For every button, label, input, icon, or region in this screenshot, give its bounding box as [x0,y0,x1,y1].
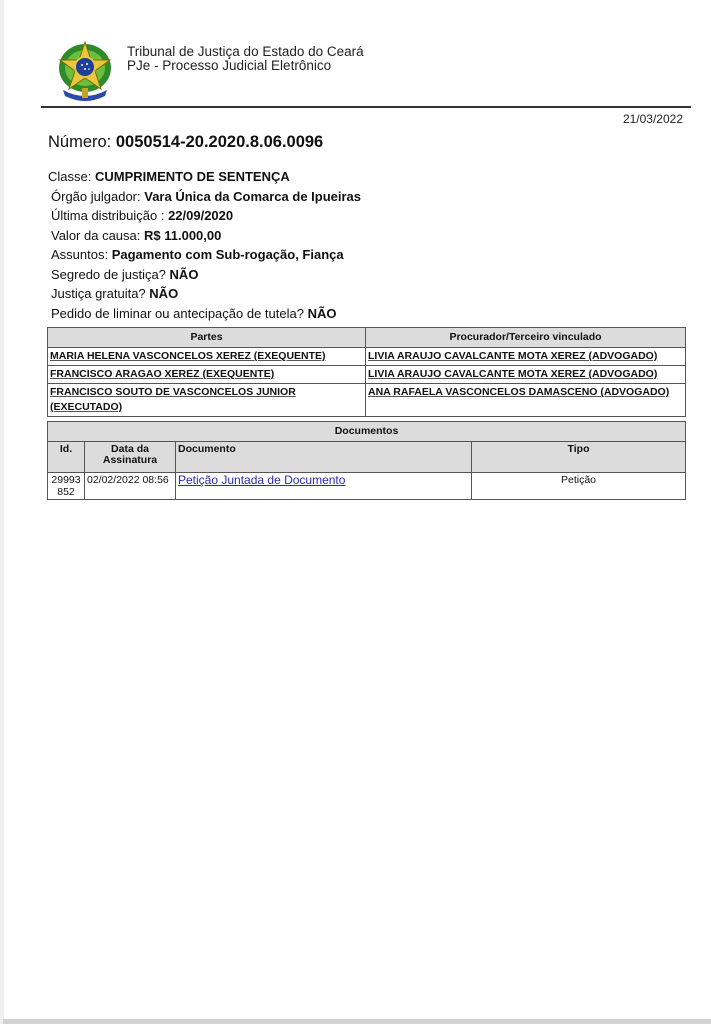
field-justica-gratuita: Justiça gratuita? NÃO [48,284,361,304]
header-partes: Partes [48,328,366,348]
print-date: 21/03/2022 [623,112,683,126]
page-bottom-edge [3,1019,711,1024]
field-segredo-justica: Segredo de justiça? NÃO [48,265,361,285]
header-documento: Documento [176,442,472,473]
parties-header-row: Partes Procurador/Terceiro vinculado [48,328,686,348]
document-cell: Petição Juntada de Documento [176,473,472,500]
table-row: MARIA HELENA VASCONCELOS XEREZ (EXEQUENT… [48,348,686,366]
documents-title: Documentos [48,422,686,442]
document-type: Petição [472,473,686,500]
attorney-name: ANA RAFAELA VASCONCELOS DAMASCENO (ADVOG… [366,384,686,417]
document-link[interactable]: Petição Juntada de Documento [178,473,345,487]
field-classe: Classe: CUMPRIMENTO DE SENTENÇA [48,167,361,187]
parties-table: Partes Procurador/Terceiro vinculado MAR… [47,327,686,417]
documents-title-row: Documentos [48,422,686,442]
process-number-value: 0050514-20.2020.8.06.0096 [116,133,323,151]
page-left-edge [0,0,4,1024]
field-pedido-liminar: Pedido de liminar ou antecipação de tute… [48,304,361,324]
attorney-name: LIVIA ARAUJO CAVALCANTE MOTA XEREZ (ADVO… [366,366,686,384]
system-name: PJe - Processo Judicial Eletrônico [127,59,364,73]
process-number-label: Número: [48,133,111,151]
header-procurador: Procurador/Terceiro vinculado [366,328,686,348]
party-name: FRANCISCO ARAGAO XEREZ (EXEQUENTE) [48,366,366,384]
table-row: FRANCISCO SOUTO DE VASCONCELOS JUNIOR (E… [48,384,686,417]
header-id: Id. [48,442,85,473]
documents-table: Documentos Id. Data da Assinatura Docume… [47,421,686,500]
document-header: Tribunal de Justiça do Estado do Ceará P… [41,38,691,106]
process-number: Número: 0050514-20.2020.8.06.0096 [48,133,323,152]
field-ultima-distribuicao: Última distribuição : 22/09/2020 [48,206,361,226]
table-row: FRANCISCO ARAGAO XEREZ (EXEQUENTE) LIVIA… [48,366,686,384]
court-name: Tribunal de Justiça do Estado do Ceará [127,45,364,59]
party-name: FRANCISCO SOUTO DE VASCONCELOS JUNIOR (E… [48,384,366,417]
header-tipo: Tipo [472,442,686,473]
table-row: 29993852 02/02/2022 08:56 Petição Juntad… [48,473,686,500]
document-id: 29993852 [48,473,85,500]
documents-header-row: Id. Data da Assinatura Documento Tipo [48,442,686,473]
document-date: 02/02/2022 08:56 [85,473,176,500]
brazil-coat-of-arms-icon [55,38,115,104]
header-data-assinatura: Data da Assinatura [85,442,176,473]
field-assuntos: Assuntos: Pagamento com Sub-rogação, Fia… [48,245,361,265]
attorney-name: LIVIA ARAUJO CAVALCANTE MOTA XEREZ (ADVO… [366,348,686,366]
field-orgao-julgador: Órgão julgador: Vara Única da Comarca de… [48,187,361,207]
process-fields: Classe: CUMPRIMENTO DE SENTENÇA Órgão ju… [48,167,361,323]
header-divider [41,106,691,108]
party-name: MARIA HELENA VASCONCELOS XEREZ (EXEQUENT… [48,348,366,366]
field-valor-causa: Valor da causa: R$ 11.000,00 [48,226,361,246]
